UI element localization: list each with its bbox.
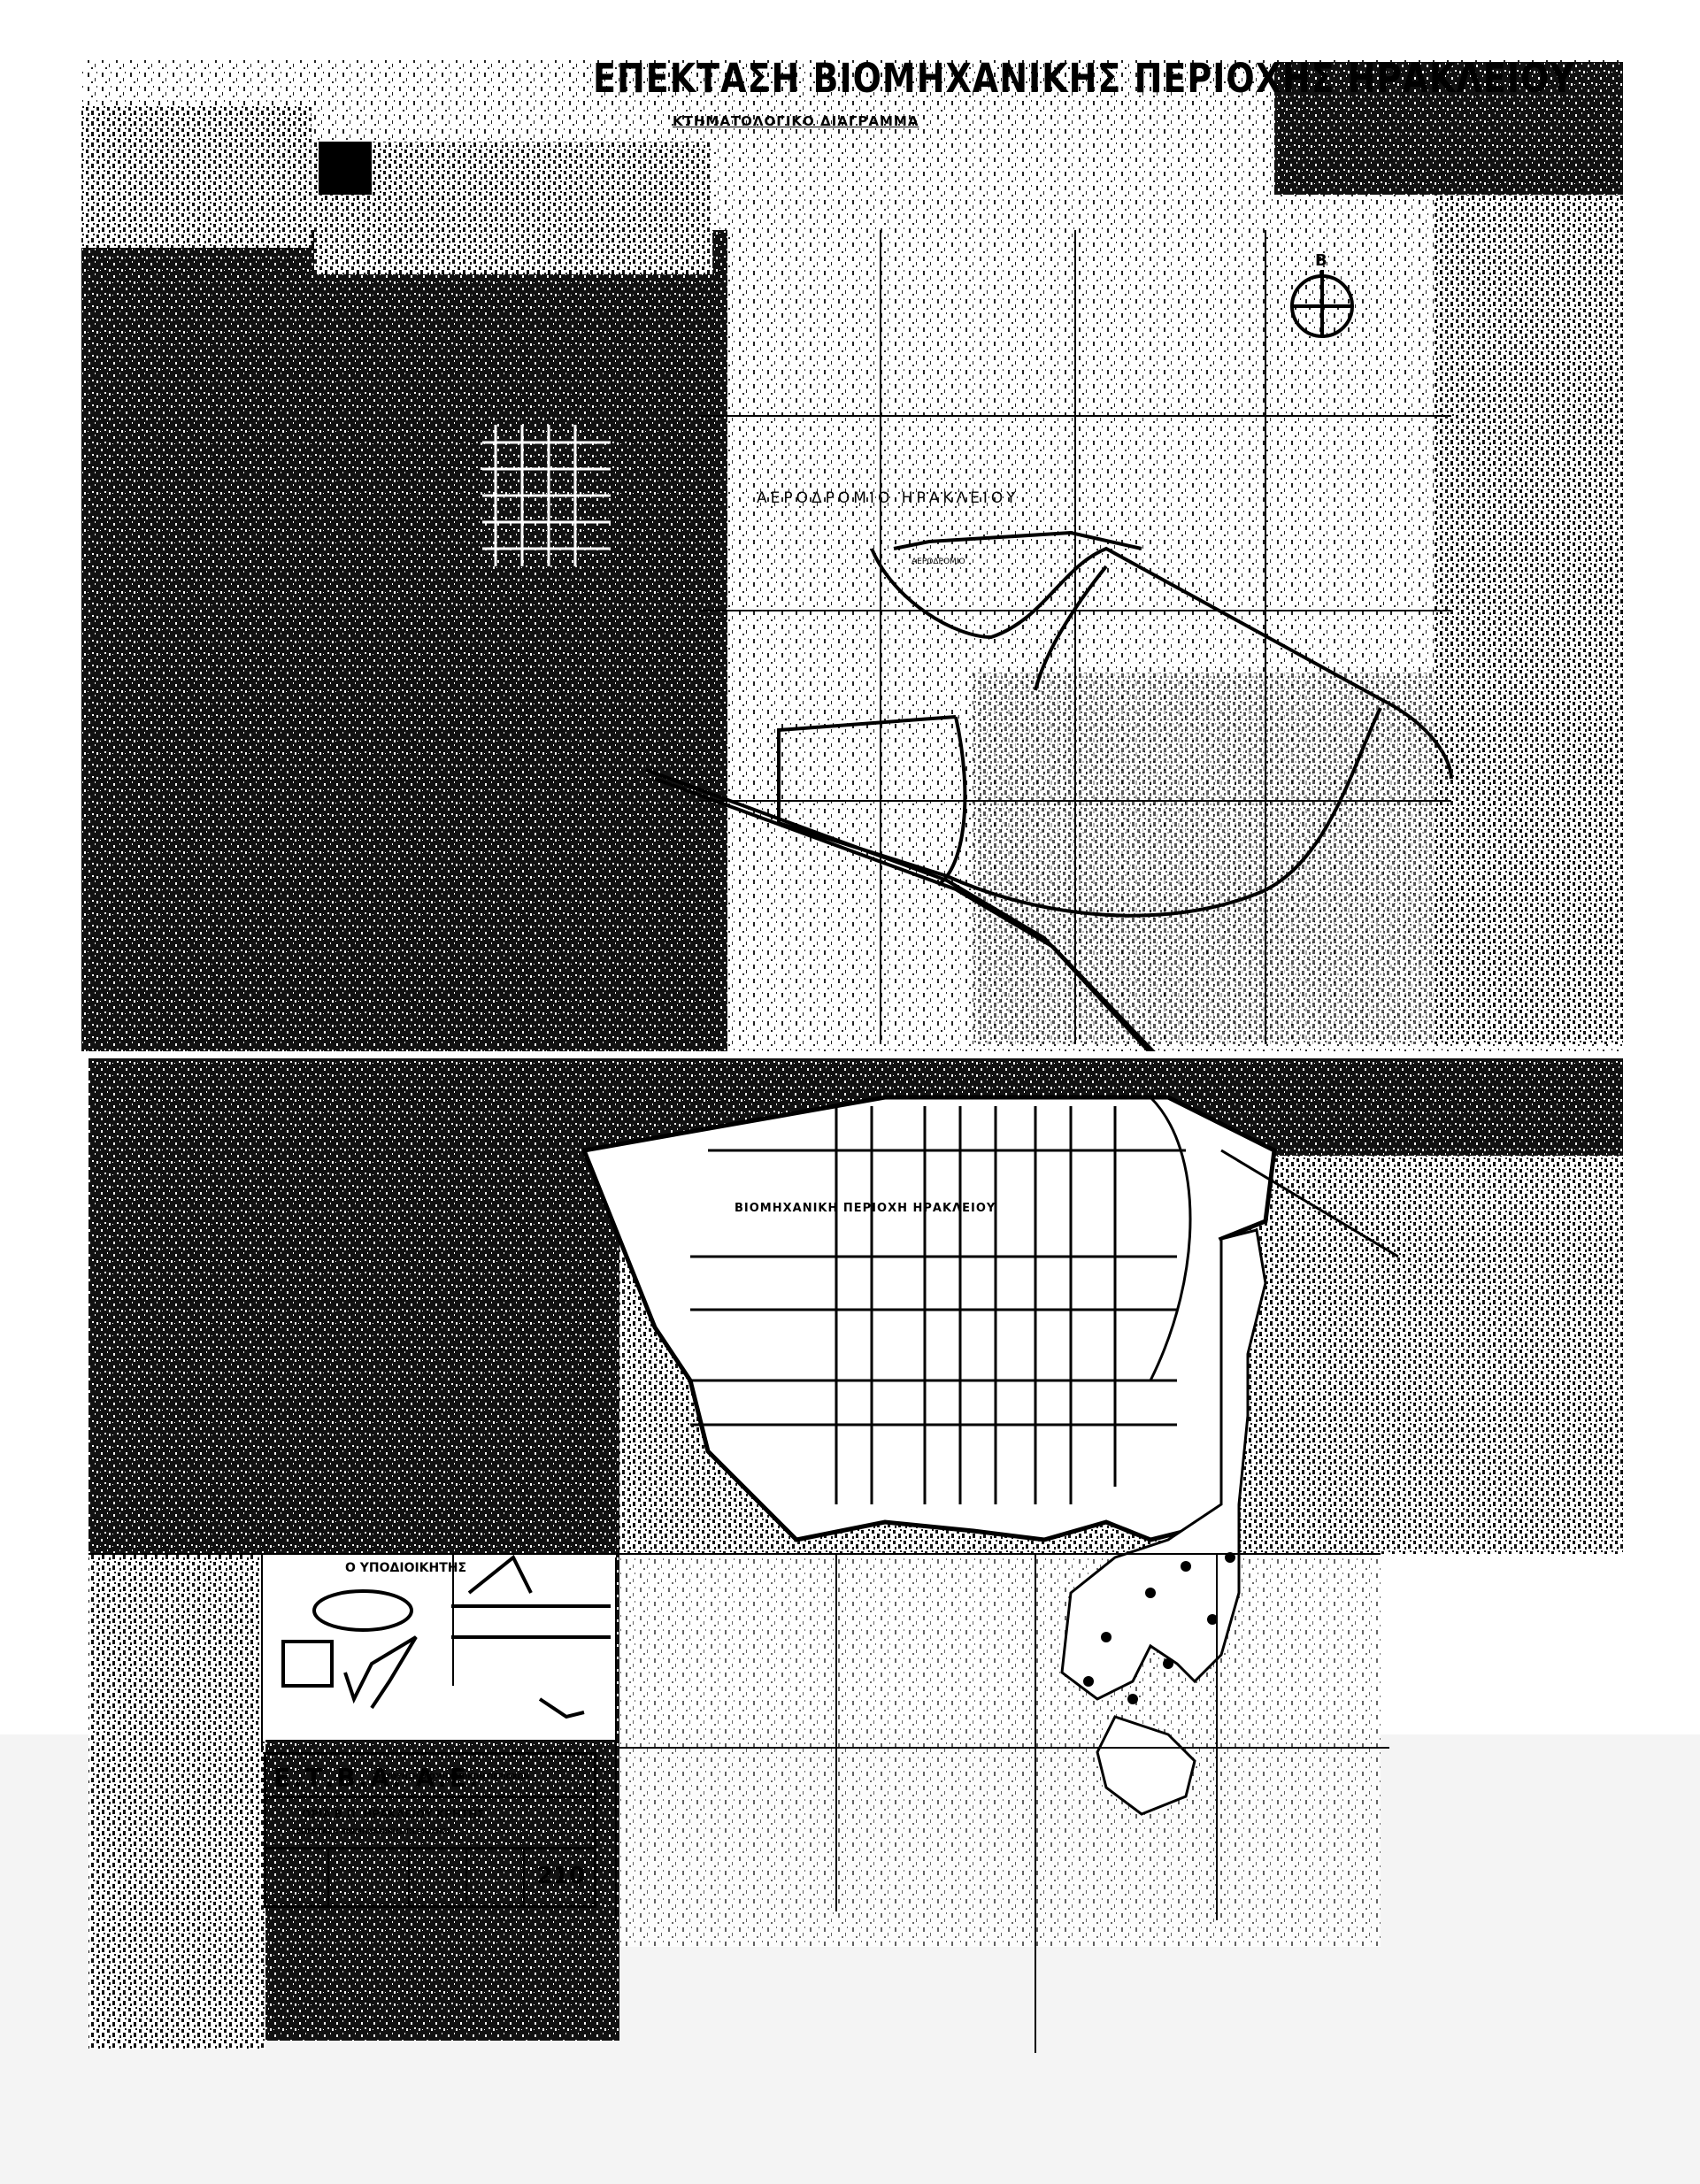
tb-cell: [266, 1849, 329, 1908]
signature-label: Ο ΥΠΟΔΙΟΙΚΗΤΗΣ: [345, 1561, 466, 1575]
tb-cell: [410, 1849, 467, 1908]
map-subtitle: ΚΤΗΜΑΤΟΛΟΓΙΚΟ ΔΙΑΓΡΑΜΜΑ: [673, 113, 919, 129]
title-block: Ε.Τ.Β.Α. Α.Ε. ΔΙΕΥΘΥΝΣΗ ΒΙΟΜΗΧΑΝΙΚΩΝ ΠΕΡ…: [264, 1752, 596, 1908]
scanned-map-page: ΕΠΕΚΤΑΣΗ ΒΙΟΜΗΧΑΝΙΚΗΣ ΠΕΡΙΟΧΗΣ ΗΡΑΚΛΕΙΟΥ…: [0, 0, 1700, 2184]
department-name: ΔΙΕΥΘΥΝΣΗ ΒΙΟΜΗΧΑΝΙΚΩΝ ΠΕΡΙΟΧΩΝ: [373, 1773, 529, 1780]
industrial-area-label: ΒΙΟΜΗΧΑΝΙΚΗ ΠΕΡΙΟΧΗ ΗΡΑΚΛΕΙΟΥ: [735, 1202, 996, 1215]
upper-sheet: [81, 60, 1623, 1053]
title-block-divider: [266, 1796, 594, 1798]
drawing-subtitle: (ΕΠΕΚΤΑΣΗ ΒΙΟΜΗΧΑΝΙΚΗΣ ΠΕΡΙΟΧΗΣ): [293, 1827, 450, 1835]
tb-cell: [329, 1849, 410, 1908]
map-drawing: [0, 0, 1700, 2184]
drawing-title: ΟΡΙΑ Β.Π. ΗΡΑΚΛΕΙΟΥ ΚΡΗΤΗΣ: [302, 1808, 484, 1820]
airport-label: ΑΕΡΟΔΡΟΜΙΟ ΗΡΑΚΛΕΙΟΥ: [757, 489, 1019, 507]
map-title: ΕΠΕΚΤΑΣΗ ΒΙΟΜΗΧΑΝΙΚΗΣ ΠΕΡΙΟΧΗΣ ΗΡΑΚΛΕΙΟΥ: [593, 55, 1575, 102]
sheet-number: 210: [537, 1863, 585, 1889]
north-label: Β: [1315, 251, 1327, 270]
airport-sub-label: ΑΕΡΟΔΡΟΜΙΟ: [912, 558, 965, 566]
tb-cell: [467, 1849, 525, 1908]
fold-line: [81, 1051, 1623, 1058]
